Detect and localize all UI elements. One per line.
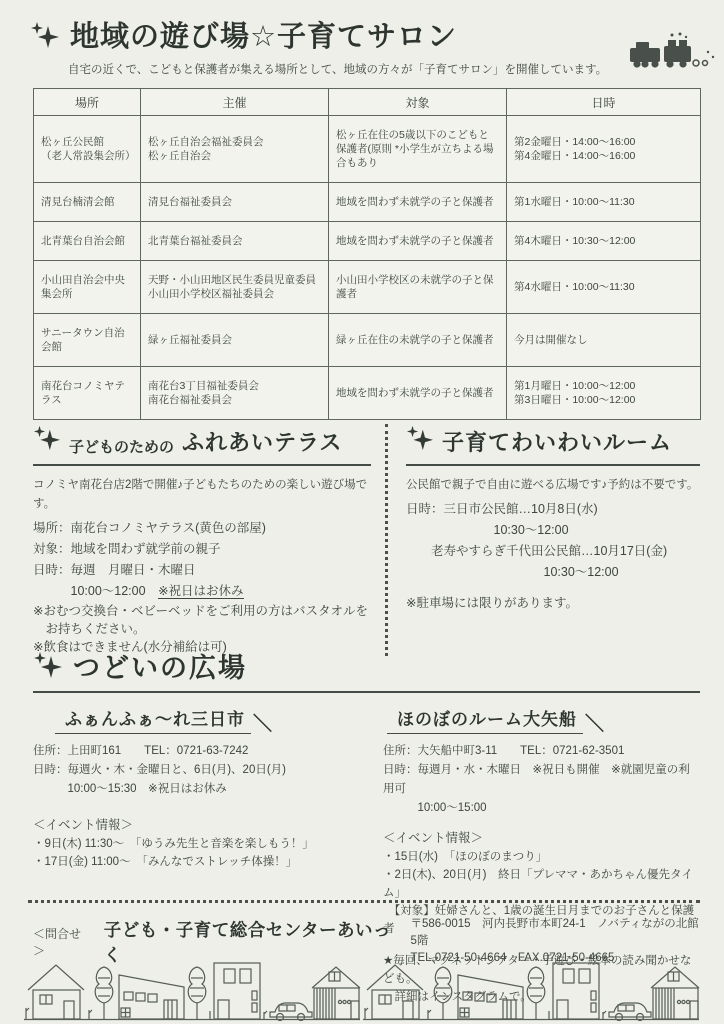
cell-line: 松ヶ丘自治会福祉委員会 bbox=[148, 135, 321, 149]
venue-details: 住所：大矢船中町3-11 TEL：0721-62-3501日時：毎週月・水・木曜… bbox=[383, 742, 700, 818]
cell-line: 北青葉台福祉委員会 bbox=[148, 234, 321, 248]
cell-line: 松ヶ丘在住の5歳以下のこどもと保護者(原則 *小学生が立ちよる場合もあり bbox=[336, 128, 499, 170]
table-cell-schedule: 第4木曜日・10:30～12:00 bbox=[507, 222, 701, 261]
cell-line: 南花台3丁目福祉委員会 bbox=[148, 379, 321, 393]
event-info-header: ＜イベント情報＞ bbox=[383, 828, 700, 848]
text-line: 日時：毎週火・木・金曜日と、6日(月)、20日(月) bbox=[33, 761, 373, 780]
cell-line: 松ヶ丘自治会 bbox=[148, 149, 321, 163]
text-line: 対象：地域を問わず就学前の親子 bbox=[33, 539, 371, 560]
sparkle-icon bbox=[30, 20, 60, 55]
train-icon bbox=[628, 32, 716, 79]
cell-line: 小山田自治会中央集会所 bbox=[41, 273, 133, 301]
sparkle-icon bbox=[406, 424, 434, 457]
waiwai-intro: 公民館で親子で自由に遊べる広場です♪予約は不要です。 bbox=[406, 476, 700, 495]
text-line: ・15日(水) 「ほのぼのまつり」 bbox=[383, 848, 700, 866]
cell-line: 南花台コノミヤテラス bbox=[41, 379, 133, 407]
salon-table-section: 場所主催対象日時 松ヶ丘公民館（老人常設集会所）松ヶ丘自治会福祉委員会松ヶ丘自治… bbox=[33, 88, 700, 420]
table-cell-target: 地域を問わず未就学の子と保護者 bbox=[329, 222, 507, 261]
table-row: 松ヶ丘公民館（老人常設集会所）松ヶ丘自治会福祉委員会松ヶ丘自治会松ヶ丘在住の5歳… bbox=[34, 116, 701, 183]
waiwai-title: 子育てわいわいルーム bbox=[442, 426, 672, 457]
table-cell-place: 清見台楠清会館 bbox=[34, 183, 141, 222]
cell-line: 第4水曜日・10:00～11:30 bbox=[514, 280, 693, 294]
text-line: 10:00～15:00 bbox=[383, 799, 700, 818]
text-line: 日時：毎週月・水・木曜日 ※祝日も開催 ※就園児童の利用可 bbox=[383, 761, 700, 799]
cell-line: 清見台楠清会館 bbox=[41, 195, 133, 209]
table-cell-schedule: 今月は開催なし bbox=[507, 314, 701, 367]
table-row: 北青葉台自治会館北青葉台福祉委員会地域を問わず未就学の子と保護者第4木曜日・10… bbox=[34, 222, 701, 261]
tsudoi-title: つどいの広場 bbox=[73, 646, 247, 685]
postal-address: 〒586-0015 河内長野市本町24-1 ノバティながの北館5階 bbox=[410, 916, 700, 950]
cell-line: 今月は開催なし bbox=[514, 333, 693, 347]
table-cell-schedule: 第1月曜日・10:00～12:00第3日曜日・10:00～12:00 bbox=[507, 367, 701, 420]
text-line: 10:30～12:00 bbox=[406, 562, 700, 583]
column-header: 主催 bbox=[141, 89, 329, 116]
table-row: 南花台コノミヤテラス南花台3丁目福祉委員会南花台福祉委員会地域を問わず未就学の子… bbox=[34, 367, 701, 420]
diagonal-stroke-icon: ＼ bbox=[585, 709, 604, 736]
cell-line: 小山田小学校区の未就学の子と保護者 bbox=[336, 273, 499, 301]
text-line: 10:30～12:00 bbox=[406, 520, 700, 541]
cell-line: 小山田小学校区福祉委員会 bbox=[148, 287, 321, 301]
table-cell-organizer: 清見台福祉委員会 bbox=[141, 183, 329, 222]
text-line: 10:00～15:30 ※祝日はお休み bbox=[33, 780, 373, 799]
table-cell-organizer: 松ヶ丘自治会福祉委員会松ヶ丘自治会 bbox=[141, 116, 329, 183]
sparkle-icon bbox=[33, 650, 63, 685]
holiday-note: ※祝日はお休み bbox=[158, 584, 243, 599]
text-line: 場所：南花台コノミヤテラス(黄色の部屋) bbox=[33, 518, 371, 539]
table-row: 清見台楠清会館清見台福祉委員会地域を問わず未就学の子と保護者第1水曜日・10:0… bbox=[34, 183, 701, 222]
cell-line: （老人常設集会所） bbox=[41, 149, 133, 163]
table-cell-target: 小山田小学校区の未就学の子と保護者 bbox=[329, 261, 507, 314]
text-line: ・17日(金) 11:00～ 「みんなでストレッチ体操！」 bbox=[33, 853, 373, 871]
text-line: ・2日(木)、20日(月) 終日「プレママ・あかちゃん優先タイム」 bbox=[383, 866, 700, 902]
table-cell-organizer: 緑ヶ丘福祉委員会 bbox=[141, 314, 329, 367]
table-cell-place: 北青葉台自治会館 bbox=[34, 222, 141, 261]
diagonal-stroke-icon: ＼ bbox=[253, 709, 272, 736]
event-info-header: ＜イベント情報＞ bbox=[33, 815, 373, 835]
fureai-title: ふれあいテラス bbox=[182, 426, 342, 457]
fureai-section: 子どものための ふれあいテラス コノミヤ南花台店2階で開催♪子どもたちのための楽… bbox=[33, 424, 385, 656]
fureai-details: 場所：南花台コノミヤテラス(黄色の部屋)対象：地域を問わず就学前の親子日時：毎週… bbox=[33, 518, 371, 581]
venue-name: ほのぼのルーム大矢船 bbox=[387, 705, 583, 734]
cell-line: 地域を問わず未就学の子と保護者 bbox=[336, 386, 499, 400]
text-line: 住所：上田町161 TEL：0721-63-7242 bbox=[33, 742, 373, 761]
table-cell-organizer: 南花台3丁目福祉委員会南花台福祉委員会 bbox=[141, 367, 329, 420]
cell-line: サニータウン自治会館 bbox=[41, 326, 133, 354]
waiwai-note: ※駐車場には限りがあります。 bbox=[406, 593, 700, 614]
cell-line: 第4木曜日・10:30～12:00 bbox=[514, 234, 693, 248]
column-header: 対象 bbox=[329, 89, 507, 116]
text-line: 老寿やすらぎ千代田公民館…10月17日(金) bbox=[406, 541, 700, 562]
sparkle-icon bbox=[33, 424, 61, 457]
table-cell-organizer: 天野・小山田地区民生委員児童委員小山田小学校区福祉委員会 bbox=[141, 261, 329, 314]
text-line: 住所：大矢船中町3-11 TEL：0721-62-3501 bbox=[383, 742, 700, 761]
column-header: 日時 bbox=[507, 89, 701, 116]
flyer-page: 地域の遊び場☆子育てサロン 自宅の近くで、こどもと保護者が集える場所として、地域… bbox=[0, 0, 724, 1024]
text-line: ・9日(木) 11:30～ 「ゆうみ先生と音楽を楽しもう！」 bbox=[33, 835, 373, 853]
cell-line: 清見台福祉委員会 bbox=[148, 195, 321, 209]
page-subtitle: 自宅の近くで、こどもと保護者が集える場所として、地域の方々が「子育てサロン」を開… bbox=[68, 61, 694, 77]
venue-name: ふぁんふぁ～れ三日市 bbox=[55, 705, 251, 734]
cell-line: 第1月曜日・10:00～12:00 bbox=[514, 379, 693, 393]
cell-line: 北青葉台自治会館 bbox=[41, 234, 133, 248]
waiwai-section: 子育てわいわいルーム 公民館で親子で自由に遊べる広場です♪予約は不要です。 日時… bbox=[385, 424, 700, 656]
table-cell-place: 南花台コノミヤテラス bbox=[34, 367, 141, 420]
column-header: 場所 bbox=[34, 89, 141, 116]
table-header-row: 場所主催対象日時 bbox=[34, 89, 701, 116]
cell-line: 地域を問わず未就学の子と保護者 bbox=[336, 234, 499, 248]
fureai-time-line: 10:00～12:00 ※祝日はお休み bbox=[33, 581, 371, 602]
table-cell-target: 松ヶ丘在住の5歳以下のこどもと保護者(原則 *小学生が立ちよる場合もあり bbox=[329, 116, 507, 183]
table-cell-schedule: 第2金曜日・14:00～16:00第4金曜日・14:00～16:00 bbox=[507, 116, 701, 183]
cell-line: 松ヶ丘公民館 bbox=[41, 135, 133, 149]
cell-line: 第1水曜日・10:00～11:30 bbox=[514, 195, 693, 209]
cell-line: 第2金曜日・14:00～16:00 bbox=[514, 135, 693, 149]
townscape-border-icon bbox=[24, 956, 700, 1024]
waiwai-details: 日時：三日市公民館…10月8日(水) 10:30～12:00 老寿やすらぎ千代田… bbox=[406, 499, 700, 583]
text-line: ※おむつ交換台・ベビーベッドをご利用の方はバスタオルを お持ちください。 bbox=[33, 602, 371, 638]
table-row: 小山田自治会中央集会所天野・小山田地区民生委員児童委員小山田小学校区福祉委員会小… bbox=[34, 261, 701, 314]
table-cell-target: 地域を問わず未就学の子と保護者 bbox=[329, 367, 507, 420]
cell-line: 第3日曜日・10:00～12:00 bbox=[514, 393, 693, 407]
cell-line: 天野・小山田地区民生委員児童委員 bbox=[148, 273, 321, 287]
cell-line: 緑ヶ丘福祉委員会 bbox=[148, 333, 321, 347]
middle-section: 子どものための ふれあいテラス コノミヤ南花台店2階で開催♪子どもたちのための楽… bbox=[33, 424, 700, 656]
text-line: 日時：三日市公民館…10月8日(水) bbox=[406, 499, 700, 520]
fureai-intro: コノミヤ南花台店2階で開催♪子どもたちのための楽しい遊び場です。 bbox=[33, 476, 371, 514]
cell-line: 緑ヶ丘在住の未就学の子と保護者 bbox=[336, 333, 499, 347]
cell-line: 南花台福祉委員会 bbox=[148, 393, 321, 407]
table-cell-target: 地域を問わず未就学の子と保護者 bbox=[329, 183, 507, 222]
inquiry-label: ＜問合せ＞ bbox=[33, 925, 90, 959]
cell-line: 地域を問わず未就学の子と保護者 bbox=[336, 195, 499, 209]
table-cell-place: 松ヶ丘公民館（老人常設集会所） bbox=[34, 116, 141, 183]
dotted-separator bbox=[28, 900, 700, 903]
table-row: サニータウン自治会館緑ヶ丘福祉委員会緑ヶ丘在住の未就学の子と保護者今月は開催なし bbox=[34, 314, 701, 367]
cell-line: 第4金曜日・14:00～16:00 bbox=[514, 149, 693, 163]
table-cell-schedule: 第1水曜日・10:00～11:30 bbox=[507, 183, 701, 222]
text-line: 日時：毎週 月曜日・木曜日 bbox=[33, 560, 371, 581]
table-cell-organizer: 北青葉台福祉委員会 bbox=[141, 222, 329, 261]
header-section: 地域の遊び場☆子育てサロン 自宅の近くで、こどもと保護者が集える場所として、地域… bbox=[30, 20, 694, 77]
table-cell-schedule: 第4水曜日・10:00～11:30 bbox=[507, 261, 701, 314]
fureai-title-prefix: 子どものための bbox=[69, 436, 174, 457]
venue-details: 住所：上田町161 TEL：0721-63-7242日時：毎週火・木・金曜日と、… bbox=[33, 742, 373, 799]
event-list: ・9日(木) 11:30～ 「ゆうみ先生と音楽を楽しもう！」・17日(金) 11… bbox=[33, 835, 373, 871]
page-title: 地域の遊び場☆子育てサロン bbox=[70, 20, 457, 55]
table-cell-place: 小山田自治会中央集会所 bbox=[34, 261, 141, 314]
table-cell-place: サニータウン自治会館 bbox=[34, 314, 141, 367]
table-cell-target: 緑ヶ丘在住の未就学の子と保護者 bbox=[329, 314, 507, 367]
salon-table: 場所主催対象日時 松ヶ丘公民館（老人常設集会所）松ヶ丘自治会福祉委員会松ヶ丘自治… bbox=[33, 88, 701, 420]
